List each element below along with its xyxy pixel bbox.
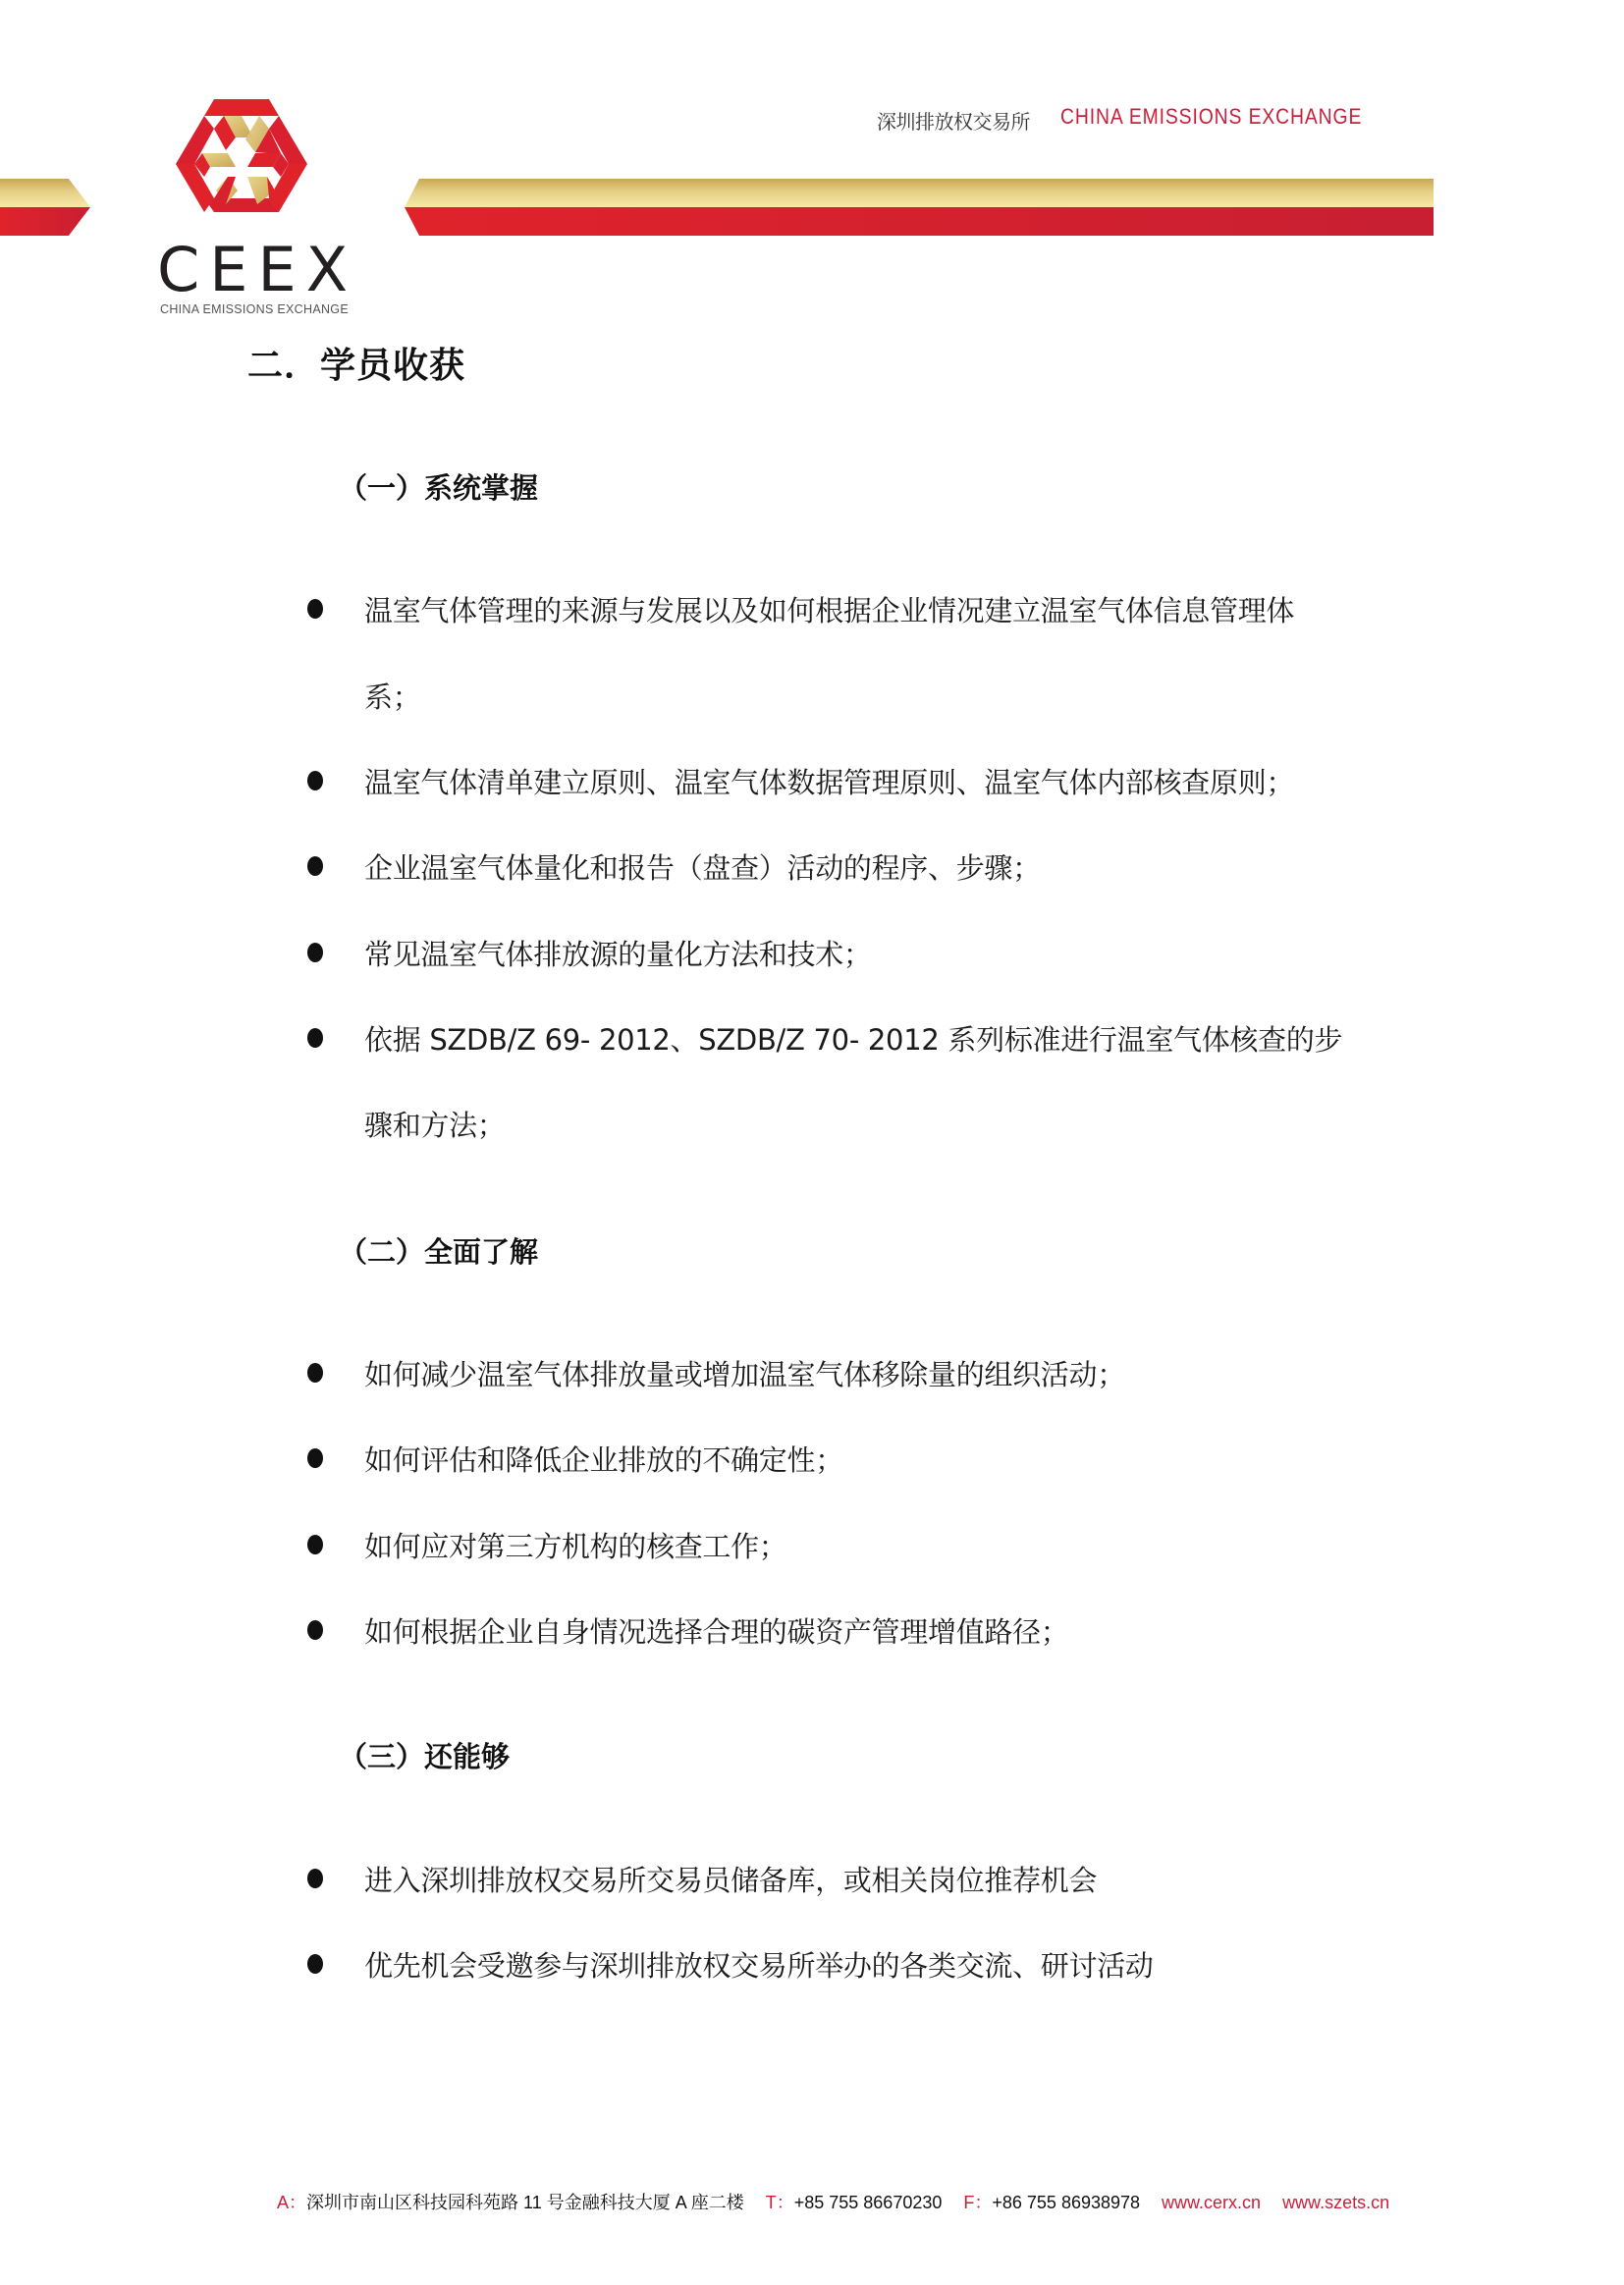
- subsection-heading-3: （三）还能够: [339, 1735, 510, 1775]
- bullet-icon: [307, 771, 323, 790]
- fax-number: +86 755 86938978: [992, 2193, 1140, 2212]
- list-item-line: 温室气体清单建立原则、温室气体数据管理原则、温室气体内部核查原则；: [364, 761, 1294, 801]
- bullet-icon: [307, 1448, 323, 1468]
- logo-wordmark: CEEX: [157, 240, 357, 300]
- list-item-line: 温室气体管理的来源与发展以及如何根据企业情况建立温室气体信息管理体: [364, 589, 1294, 629]
- org-name-english: CHINA EMISSIONS EXCHANGE: [1060, 104, 1362, 130]
- subsection-heading-1: （一）系统掌握: [339, 466, 538, 507]
- phone-number: +85 755 86670230: [794, 2193, 943, 2212]
- bullet-icon: [307, 1869, 323, 1888]
- bullet-icon: [307, 1363, 323, 1383]
- bullet-icon: [307, 1954, 323, 1974]
- address-text: 深圳市南山区科技园科苑路 11 号金融科技大厦 A 座二楼: [306, 2193, 744, 2212]
- list-item-line: 如何评估和降低企业排放的不确定性；: [364, 1439, 843, 1479]
- band-red-stripe: [405, 207, 1434, 236]
- ceex-logo-icon: [173, 96, 310, 232]
- bullet-icon: [307, 943, 323, 962]
- list-item-line: 系；: [364, 676, 420, 716]
- list-item-line: 如何根据企业自身情况选择合理的碳资产管理增值路径；: [364, 1610, 1069, 1651]
- website-link-szets[interactable]: www.szets.cn: [1282, 2193, 1389, 2212]
- phone-label: T：: [766, 2193, 794, 2212]
- list-item-line: 如何应对第三方机构的核查工作；: [364, 1525, 787, 1565]
- website-link-cerx[interactable]: www.cerx.cn: [1162, 2193, 1261, 2212]
- header-band-right: [405, 179, 1434, 236]
- org-name-chinese: 深圳排放权交易所: [877, 106, 1030, 135]
- list-item-line: 骤和方法；: [364, 1104, 506, 1144]
- bullet-icon: [307, 1535, 323, 1554]
- band-gold-stripe: [0, 179, 90, 207]
- bullet-icon: [307, 1028, 323, 1048]
- list-item-line: 依据 SZDB/Z 69- 2012、SZDB/Z 70- 2012 系列标准进…: [364, 1018, 1342, 1059]
- list-item-line: 企业温室气体量化和报告（盘查）活动的程序、步骤；: [364, 846, 1041, 887]
- header-band-left: [0, 179, 90, 236]
- list-item-line: 进入深圳排放权交易所交易员储备库，或相关岗位推荐机会: [364, 1859, 1097, 1899]
- logo-subtitle: CHINA EMISSIONS EXCHANGE: [160, 302, 349, 316]
- bullet-icon: [307, 599, 323, 619]
- band-red-stripe: [0, 207, 90, 236]
- band-gold-stripe: [405, 179, 1434, 207]
- bullet-icon: [307, 856, 323, 876]
- list-item-line: 优先机会受邀参与深圳排放权交易所举办的各类交流、研讨活动: [364, 1944, 1154, 1985]
- section-title: 二．学员收获: [247, 338, 465, 388]
- list-item-line: 如何减少温室气体排放量或增加温室气体移除量的组织活动；: [364, 1353, 1125, 1393]
- fax-label: F：: [963, 2193, 992, 2212]
- address-label: A：: [277, 2193, 306, 2212]
- subsection-heading-2: （二）全面了解: [339, 1230, 538, 1271]
- page-footer: A：深圳市南山区科技园科苑路 11 号金融科技大厦 A 座二楼T：+85 755…: [277, 2189, 1389, 2214]
- list-item-line: 常见温室气体排放源的量化方法和技术；: [364, 933, 872, 973]
- bullet-icon: [307, 1620, 323, 1640]
